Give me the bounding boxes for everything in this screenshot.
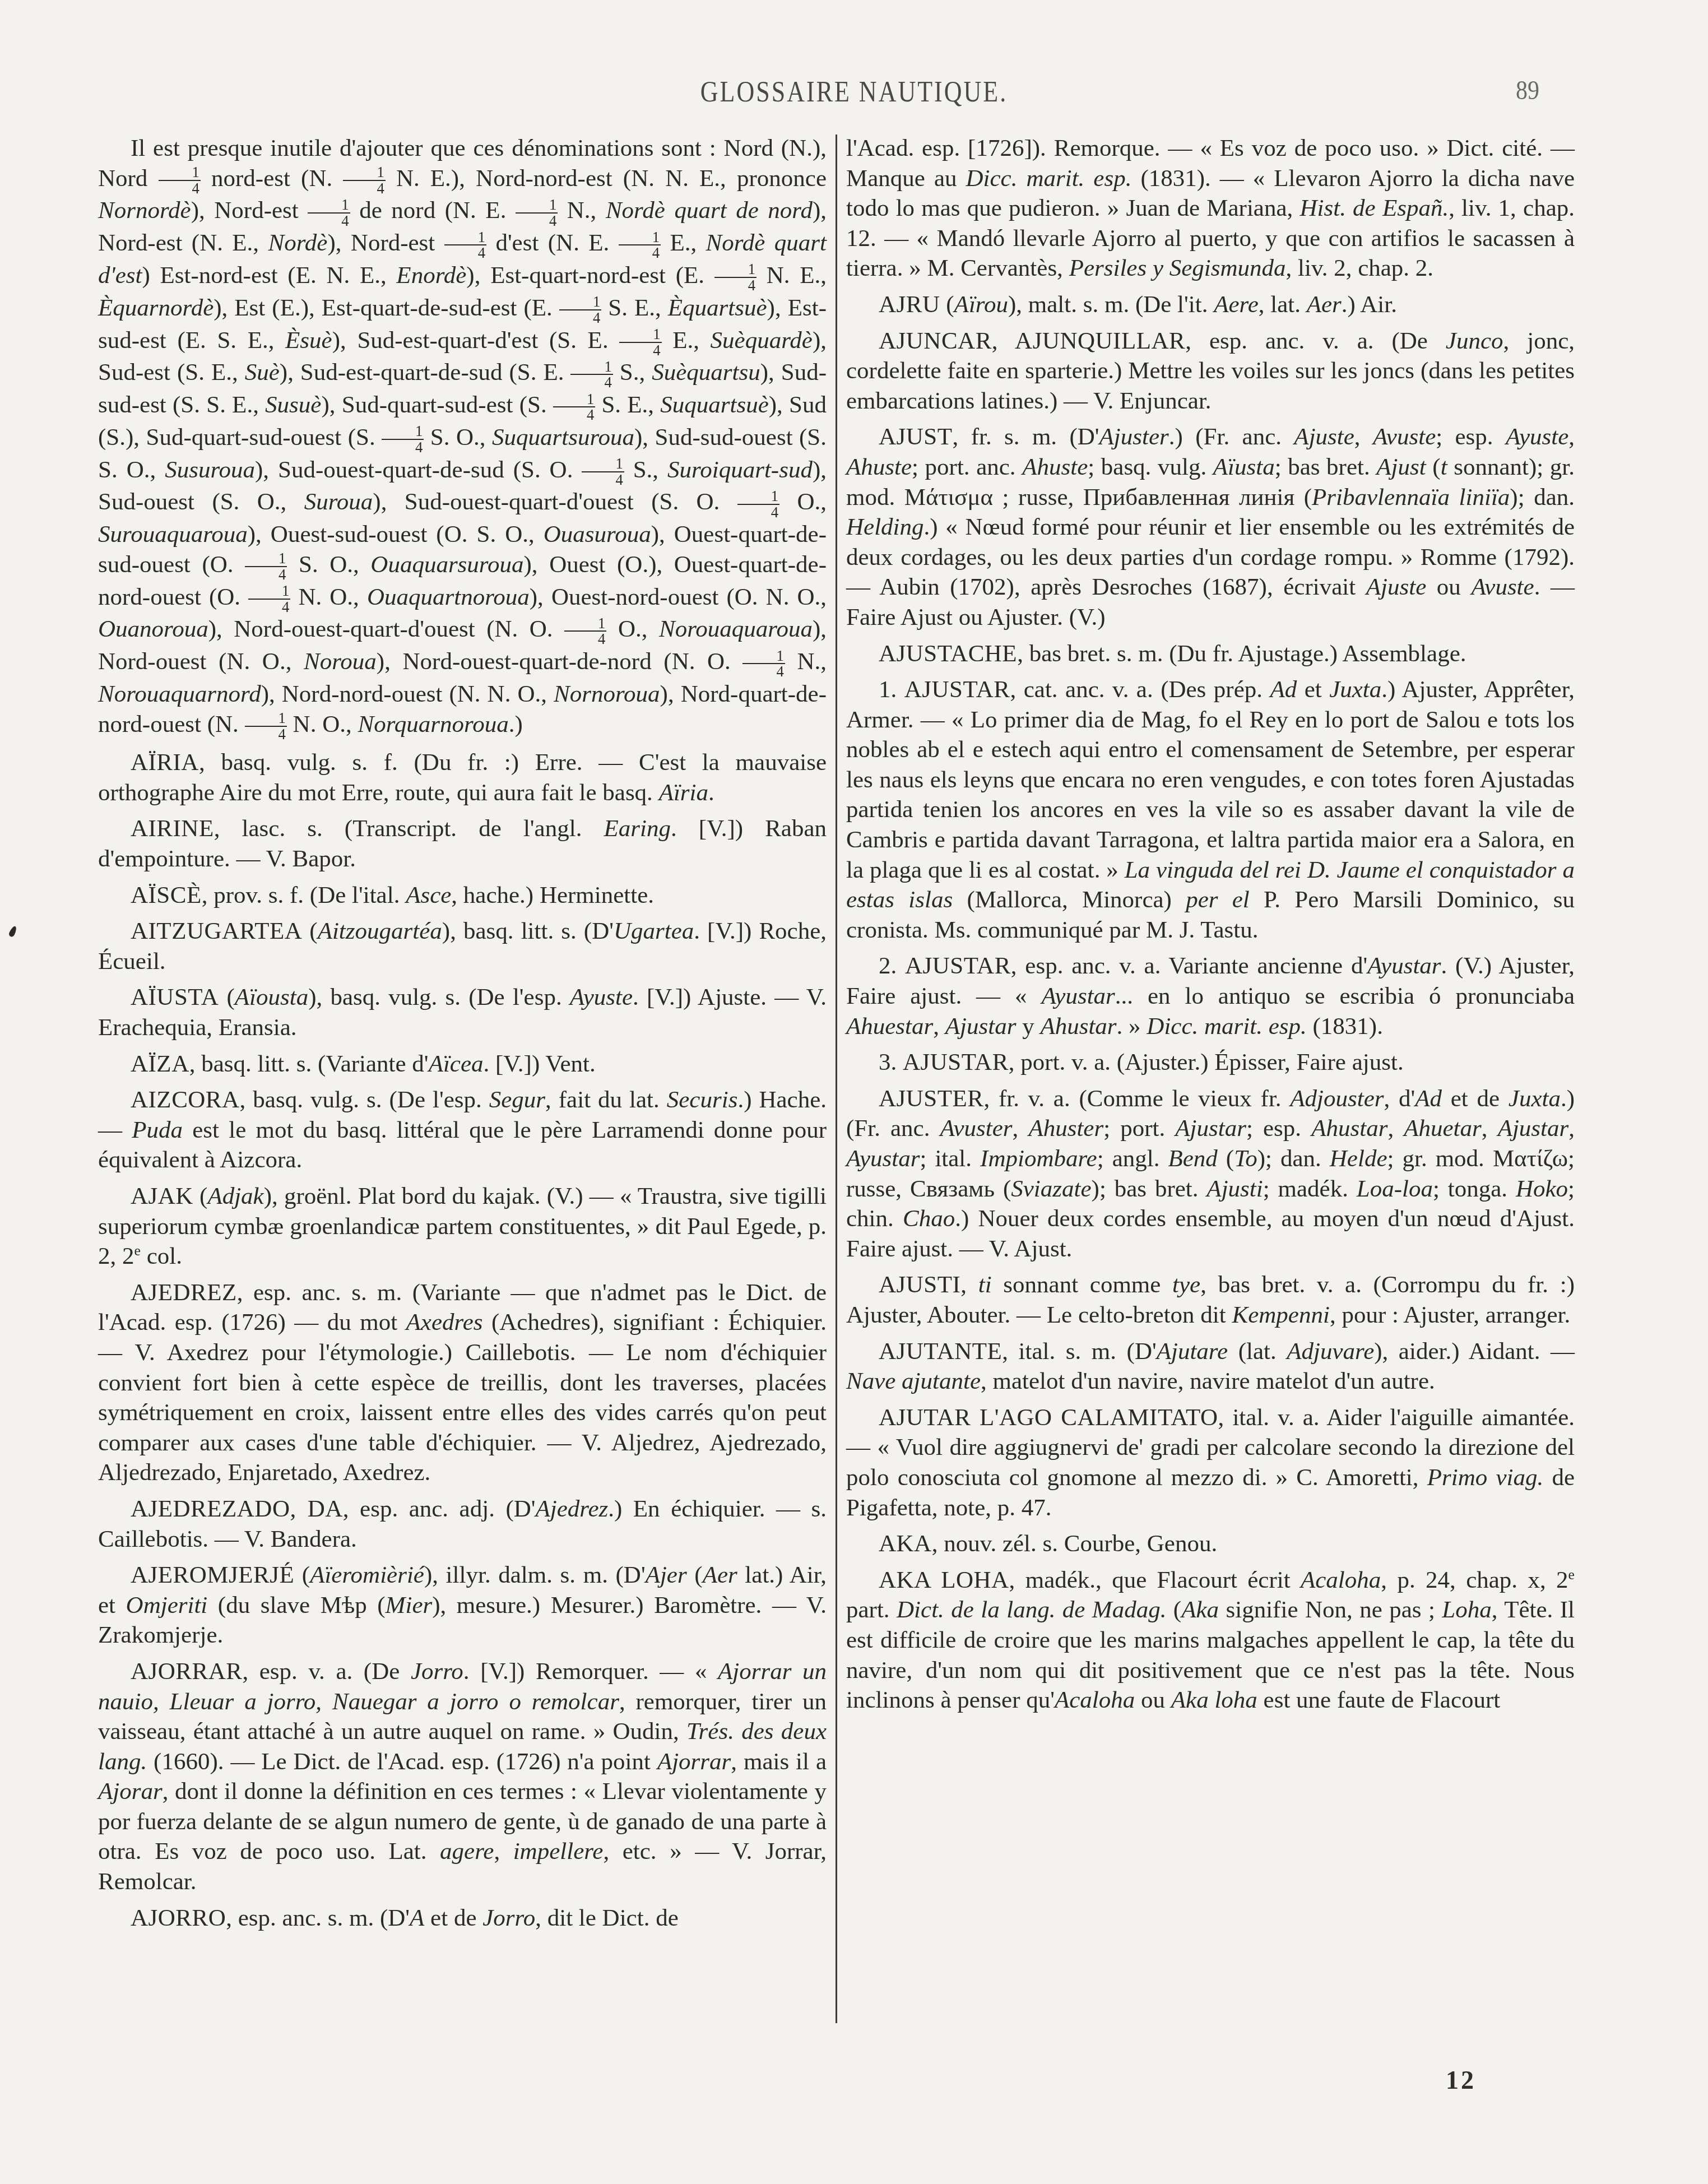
- entry-headword: AJUSTAR: [903, 1049, 1009, 1075]
- glossary-entry: AJUST, fr. s. m. (D'Ajuster.) (Fr. anc. …: [846, 422, 1575, 632]
- glossary-paragraph: 3. AJUSTAR, port. v. a. (Ajuster.) Épiss…: [846, 1047, 1575, 1078]
- entry-headword: AÏZA: [131, 1051, 189, 1077]
- entry-headword: AJUNCAR, AJUNQUILLAR: [879, 328, 1185, 354]
- entry-headword: AÏRIA: [131, 749, 199, 776]
- entry-headword: AJEDREZADO, DA: [131, 1496, 343, 1522]
- fraction: 14: [582, 456, 624, 487]
- glossary-entry: AJUSTACHE, bas bret. s. m. (Du fr. Ajust…: [846, 639, 1575, 669]
- glossary-entry: AJORRO, esp. anc. s. m. (D'A et de Jorro…: [98, 1903, 827, 1933]
- glossary-entry: AÏUSTA (Aïousta), basq. vulg. s. (De l'e…: [98, 982, 827, 1042]
- glossary-paragraph: 2. AJUSTAR, esp. anc. v. a. Variante anc…: [846, 951, 1575, 1041]
- entry-headword: AIZCORA: [131, 1087, 240, 1113]
- entry-headword: AITZUGARTEA: [131, 918, 302, 944]
- fraction: 14: [564, 616, 606, 647]
- entry-headword: AJUSTAR: [904, 676, 1010, 703]
- entry-headword: AJRU: [879, 291, 940, 318]
- entry-headword: AJORRAR: [131, 1658, 242, 1685]
- fraction: 14: [343, 165, 385, 196]
- glossary-entry: AÏRIA, basq. vulg. s. f. (Du fr. :) Erre…: [98, 748, 827, 808]
- glossary-entry: AJUTAR L'AGO CALAMITATO, ital. v. a. Aid…: [846, 1403, 1575, 1523]
- entry-headword: AJUSTER: [879, 1086, 983, 1112]
- fraction: 14: [444, 230, 486, 261]
- fraction: 14: [159, 165, 201, 196]
- glossary-entry: AKA, nouv. zél. s. Courbe, Genou.: [846, 1529, 1575, 1559]
- fraction: 14: [559, 294, 601, 325]
- entry-headword: AIRINE: [131, 815, 214, 842]
- glossary-paragraph: l'Acad. esp. [1726]). Remorque. — « Es v…: [846, 133, 1575, 284]
- entry-headword: AJEROMJERJÉ: [131, 1562, 294, 1588]
- fraction: 14: [619, 230, 661, 261]
- right-column: l'Acad. esp. [1726]). Remorque. — « Es v…: [846, 133, 1575, 1722]
- fraction: 14: [308, 197, 350, 228]
- fraction: 14: [248, 583, 290, 614]
- glossary-entry: AIRINE, lasc. s. (Transcript. de l'angl.…: [98, 814, 827, 874]
- entry-headword: AKA: [879, 1531, 932, 1557]
- glossary-entry: AJEDREZ, esp. anc. s. m. (Variante — que…: [98, 1278, 827, 1488]
- entry-headword: AJUTAR L'AGO CALAMITATO: [879, 1404, 1218, 1431]
- fraction: 14: [737, 489, 779, 520]
- entry-headword: AÏUSTA: [131, 984, 219, 1010]
- fraction: 14: [516, 197, 558, 228]
- fraction: 14: [742, 648, 785, 679]
- fraction: 14: [382, 424, 424, 455]
- glossary-entry: AJORRAR, esp. v. a. (De Jorro. [V.]) Rem…: [98, 1657, 827, 1897]
- glossary-entry: AKA LOHA, madék., que Flacourt écrit Aca…: [846, 1565, 1575, 1715]
- glossary-entry: AJRU (Aïrou), malt. s. m. (De l'it. Aere…: [846, 290, 1575, 320]
- fraction: 14: [714, 262, 756, 293]
- glossary-entry: AJEROMJERJÉ (Aïeromièrié), illyr. dalm. …: [98, 1560, 827, 1650]
- entry-headword: AJUSTI: [879, 1272, 960, 1298]
- entry-headword: AJAK: [131, 1183, 193, 1209]
- entry-headword: AJUSTAR: [905, 953, 1011, 979]
- left-column: Il est presque inutile d'ajouter que ces…: [98, 133, 827, 1939]
- running-title: GLOSSAIRE NAUTIQUE.: [0, 75, 1708, 108]
- fraction: 14: [245, 711, 287, 741]
- glossary-entry: AÏZA, basq. litt. s. (Variante d'Aïcea. …: [98, 1049, 827, 1079]
- fraction: 14: [245, 551, 287, 582]
- fraction: 14: [570, 359, 612, 390]
- glossary-entry: AIZCORA, basq. vulg. s. (De l'esp. Segur…: [98, 1085, 827, 1175]
- glossary-entry: AJEDREZADO, DA, esp. anc. adj. (D'Ajedre…: [98, 1494, 827, 1554]
- entry-headword: AJUST: [879, 424, 953, 450]
- entry-headword: AKA LOHA: [879, 1567, 1009, 1593]
- glossary-entry: AJUSTI, ti sonnant comme tye, bas bret. …: [846, 1270, 1575, 1330]
- glossary-paragraph: 1. AJUSTAR, cat. anc. v. a. (Des prép. A…: [846, 675, 1575, 945]
- glossary-entry: AJUNCAR, AJUNQUILLAR, esp. anc. v. a. (D…: [846, 326, 1575, 416]
- glossary-paragraph: Il est presque inutile d'ajouter que ces…: [98, 133, 827, 741]
- glossary-entry: AJUTANTE, ital. s. m. (D'Ajutare (lat. A…: [846, 1337, 1575, 1397]
- entry-headword: AJUSTACHE: [879, 641, 1017, 667]
- glossary-entry: AÏSCÈ, prov. s. f. (De l'ital. Asce, hac…: [98, 880, 827, 911]
- margin-ink-blot-icon: [8, 925, 18, 938]
- entry-headword: AJORRO: [131, 1905, 226, 1931]
- entry-headword: AJEDREZ: [131, 1279, 237, 1306]
- entry-headword: AJUTANTE: [879, 1338, 1002, 1365]
- page-number: 89: [1516, 75, 1539, 106]
- glossary-entry: AJUSTER, fr. v. a. (Comme le vieux fr. A…: [846, 1084, 1575, 1264]
- book-page: GLOSSAIRE NAUTIQUE. 89 Il est presque in…: [0, 0, 1708, 2184]
- fraction: 14: [553, 392, 595, 423]
- column-divider: [836, 135, 837, 2023]
- signature-mark: 12: [1446, 2065, 1476, 2095]
- fraction: 14: [619, 327, 661, 358]
- entry-headword: AÏSCÈ: [131, 882, 202, 908]
- glossary-entry: AJAK (Adjak), groënl. Plat bord du kajak…: [98, 1181, 827, 1272]
- glossary-entry: AITZUGARTEA (Aitzougartéa), basq. litt. …: [98, 916, 827, 976]
